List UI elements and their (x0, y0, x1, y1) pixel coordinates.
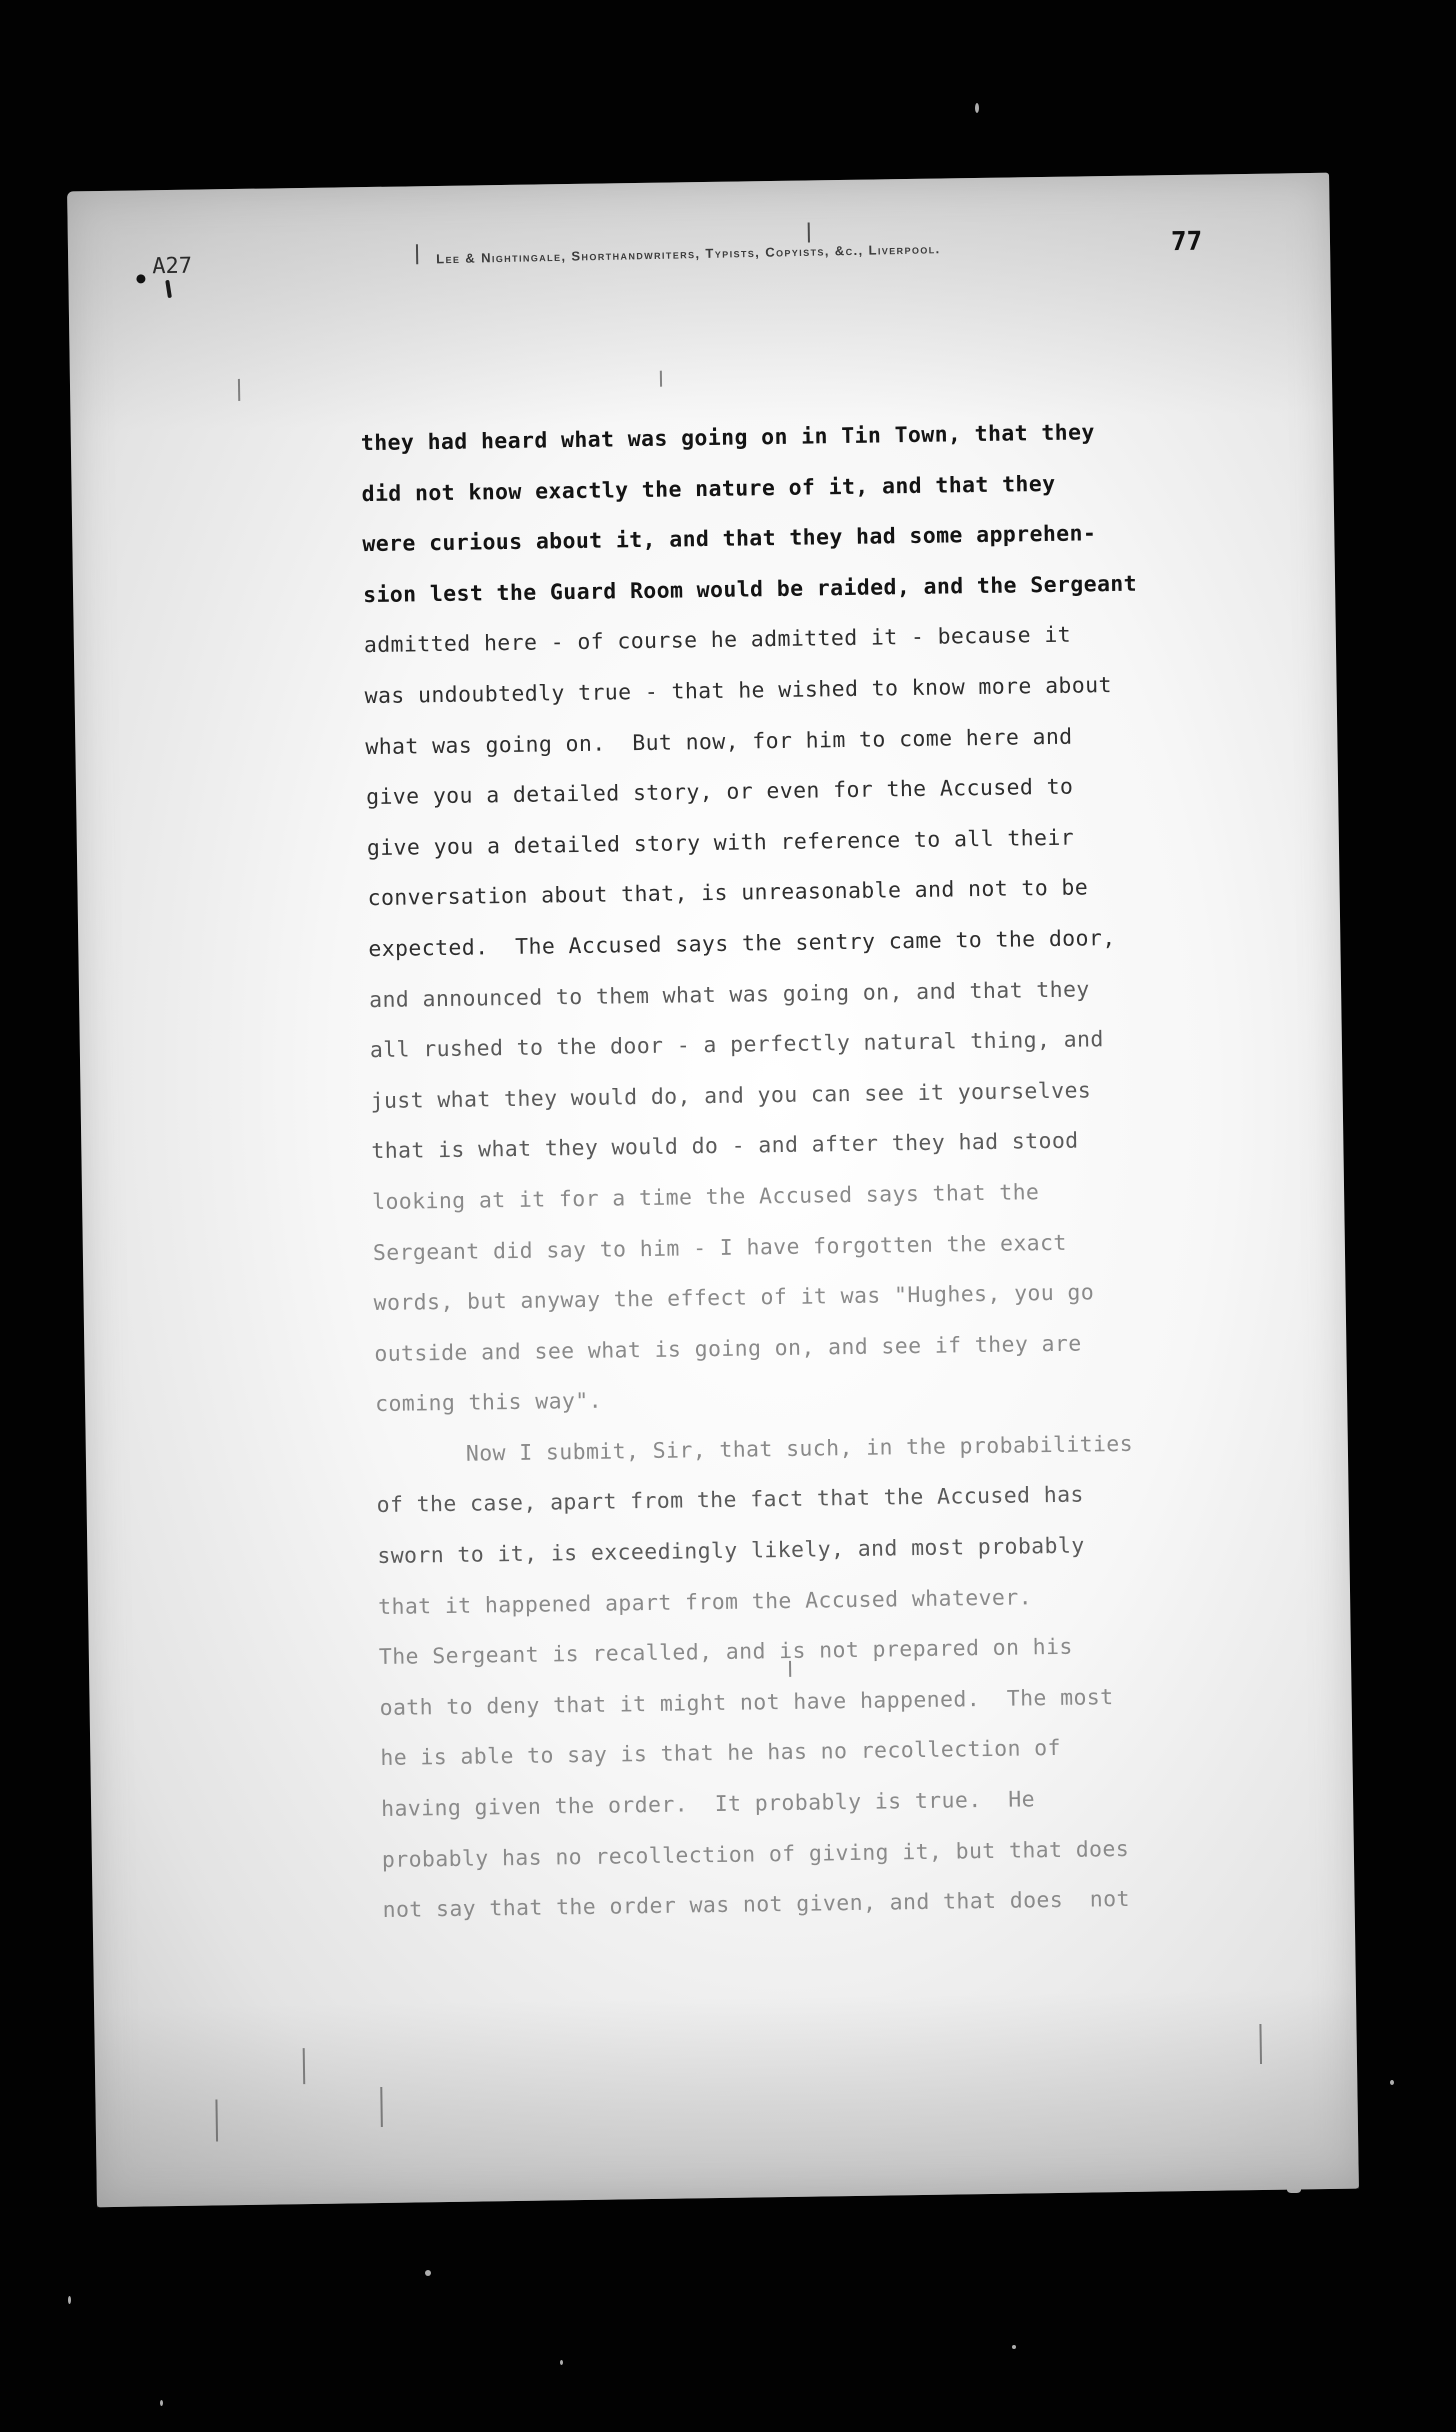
film-speck (560, 2360, 563, 2365)
film-speck (975, 103, 979, 113)
film-scratch (660, 371, 662, 387)
film-speck (160, 2400, 163, 2406)
page-number: 77 (1171, 227, 1203, 257)
film-speck (425, 2270, 431, 2276)
film-scratch (303, 2048, 305, 2084)
document-page: A27 Lee & Nightingale, Shorthandwriters,… (67, 173, 1359, 2207)
film-scratch (1259, 2024, 1261, 2064)
film-speck (1390, 2080, 1394, 2085)
header-rule (808, 222, 810, 242)
header-rule (416, 244, 418, 264)
film-scratch (238, 379, 240, 401)
reference-mark: A27 (152, 254, 192, 280)
page-shading (94, 1989, 1359, 2208)
ink-tick-mark (165, 280, 172, 298)
film-speck (68, 2296, 71, 2304)
page-header: A27 Lee & Nightingale, Shorthandwriters,… (68, 217, 1331, 296)
page-shading (67, 173, 1332, 432)
ink-dot-mark (136, 274, 145, 283)
typed-body-text: they had heard what was going on in Tin … (361, 406, 1283, 1937)
film-scratch (380, 2087, 382, 2127)
letterhead: Lee & Nightingale, Shorthandwriters, Typ… (436, 241, 941, 266)
film-scratch (215, 2099, 217, 2141)
film-speck (1012, 2345, 1016, 2349)
